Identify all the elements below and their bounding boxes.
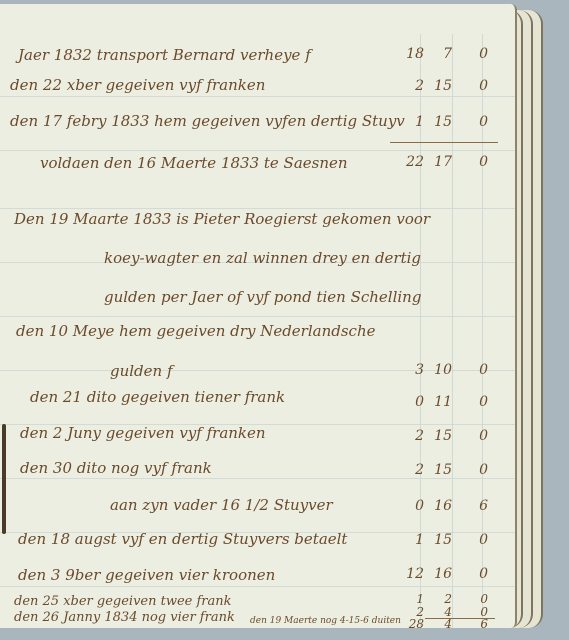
entry-line: den 30 dito nog vyf frank (20, 459, 212, 477)
amount-penningen: 0 (470, 78, 488, 94)
amount-penningen: 0 (470, 592, 488, 606)
amount-stuivers: 15 (430, 114, 452, 130)
entry-line: gulden f (110, 362, 173, 380)
amount-guilders: 2 (396, 462, 424, 478)
amount-stuivers: 7 (430, 46, 452, 62)
amount-guilders: 12 (396, 566, 424, 582)
entry-line: gulden per Jaer of vyf pond tien Schelli… (104, 288, 421, 306)
amount-stuivers: 17 (430, 154, 452, 170)
amount-penningen: 0 (470, 532, 488, 548)
entry-line: koey-wagter en zal winnen drey en dertig (104, 249, 421, 267)
amount-guilders: 3 (396, 362, 424, 378)
entry-line: den 17 febry 1833 hem gegeiven vyfen der… (10, 112, 405, 130)
entry-line: Den 19 Maarte 1833 is Pieter Roegierst g… (14, 210, 430, 228)
amount-penningen: 0 (470, 362, 488, 378)
entry-line: aan zyn vader 16 1/2 Stuyver (110, 496, 333, 514)
amount-guilders: 1 (396, 532, 424, 548)
amount-penningen: 0 (470, 394, 488, 410)
ledger-page: Jaer 1832 transport Bernard verheye f de… (0, 4, 517, 628)
amount-penningen: 0 (470, 462, 488, 478)
amount-guilders: 0 (396, 498, 424, 514)
amount-penningen: 0 (470, 154, 488, 170)
total-stuivers: 4 (430, 617, 452, 628)
amount-stuivers: 15 (430, 462, 452, 478)
amount-stuivers: 10 (430, 362, 452, 378)
amount-stuivers: 16 (430, 498, 452, 514)
entry-line: den 25 xber gegeiven twee frank (14, 594, 232, 609)
entry-line: den 21 dito gegeiven tiener frank (30, 388, 285, 406)
total-penningen: 6 (470, 617, 488, 628)
amount-penningen: 0 (470, 46, 488, 62)
entry-line: voldaen den 16 Maerte 1833 te Saesnen (40, 154, 348, 172)
marginal-note: den 19 Maerte nog 4-15-6 duiten (250, 616, 401, 626)
entry-line: den 3 9ber gegeiven vier kroonen (18, 566, 275, 584)
amount-stuivers: 11 (430, 394, 452, 410)
amount-guilders: 2 (396, 78, 424, 94)
amount-penningen: 6 (470, 498, 488, 514)
amount-guilders: 18 (396, 46, 424, 62)
entry-line: den 26 Janny 1834 nog vier frank (14, 610, 235, 625)
entry-line: Jaer 1832 transport Bernard verheye f (18, 46, 311, 64)
amount-stuivers: 15 (430, 78, 452, 94)
amount-stuivers: 2 (430, 592, 452, 606)
amount-penningen: 0 (470, 114, 488, 130)
amount-guilders: 1 (396, 114, 424, 130)
entry-line: den 2 Juny gegeiven vyf franken (20, 424, 266, 442)
binding-thread (2, 424, 6, 534)
amount-guilders: 0 (396, 394, 424, 410)
amount-stuivers: 15 (430, 428, 452, 444)
entry-line: den 22 xber gegeiven vyf franken (10, 76, 265, 94)
amount-guilders: 2 (396, 428, 424, 444)
amount-penningen: 0 (470, 566, 488, 582)
amount-guilders: 22 (396, 154, 424, 170)
amount-guilders: 1 (396, 592, 424, 606)
amount-stuivers: 15 (430, 532, 452, 548)
amount-penningen: 0 (470, 428, 488, 444)
entry-line: den 10 Meye hem gegeiven dry Nederlandsc… (16, 322, 376, 340)
amount-stuivers: 16 (430, 566, 452, 582)
entry-line: den 18 augst vyf en dertig Stuyvers beta… (18, 530, 347, 548)
total-guilders: 28 (396, 617, 424, 628)
